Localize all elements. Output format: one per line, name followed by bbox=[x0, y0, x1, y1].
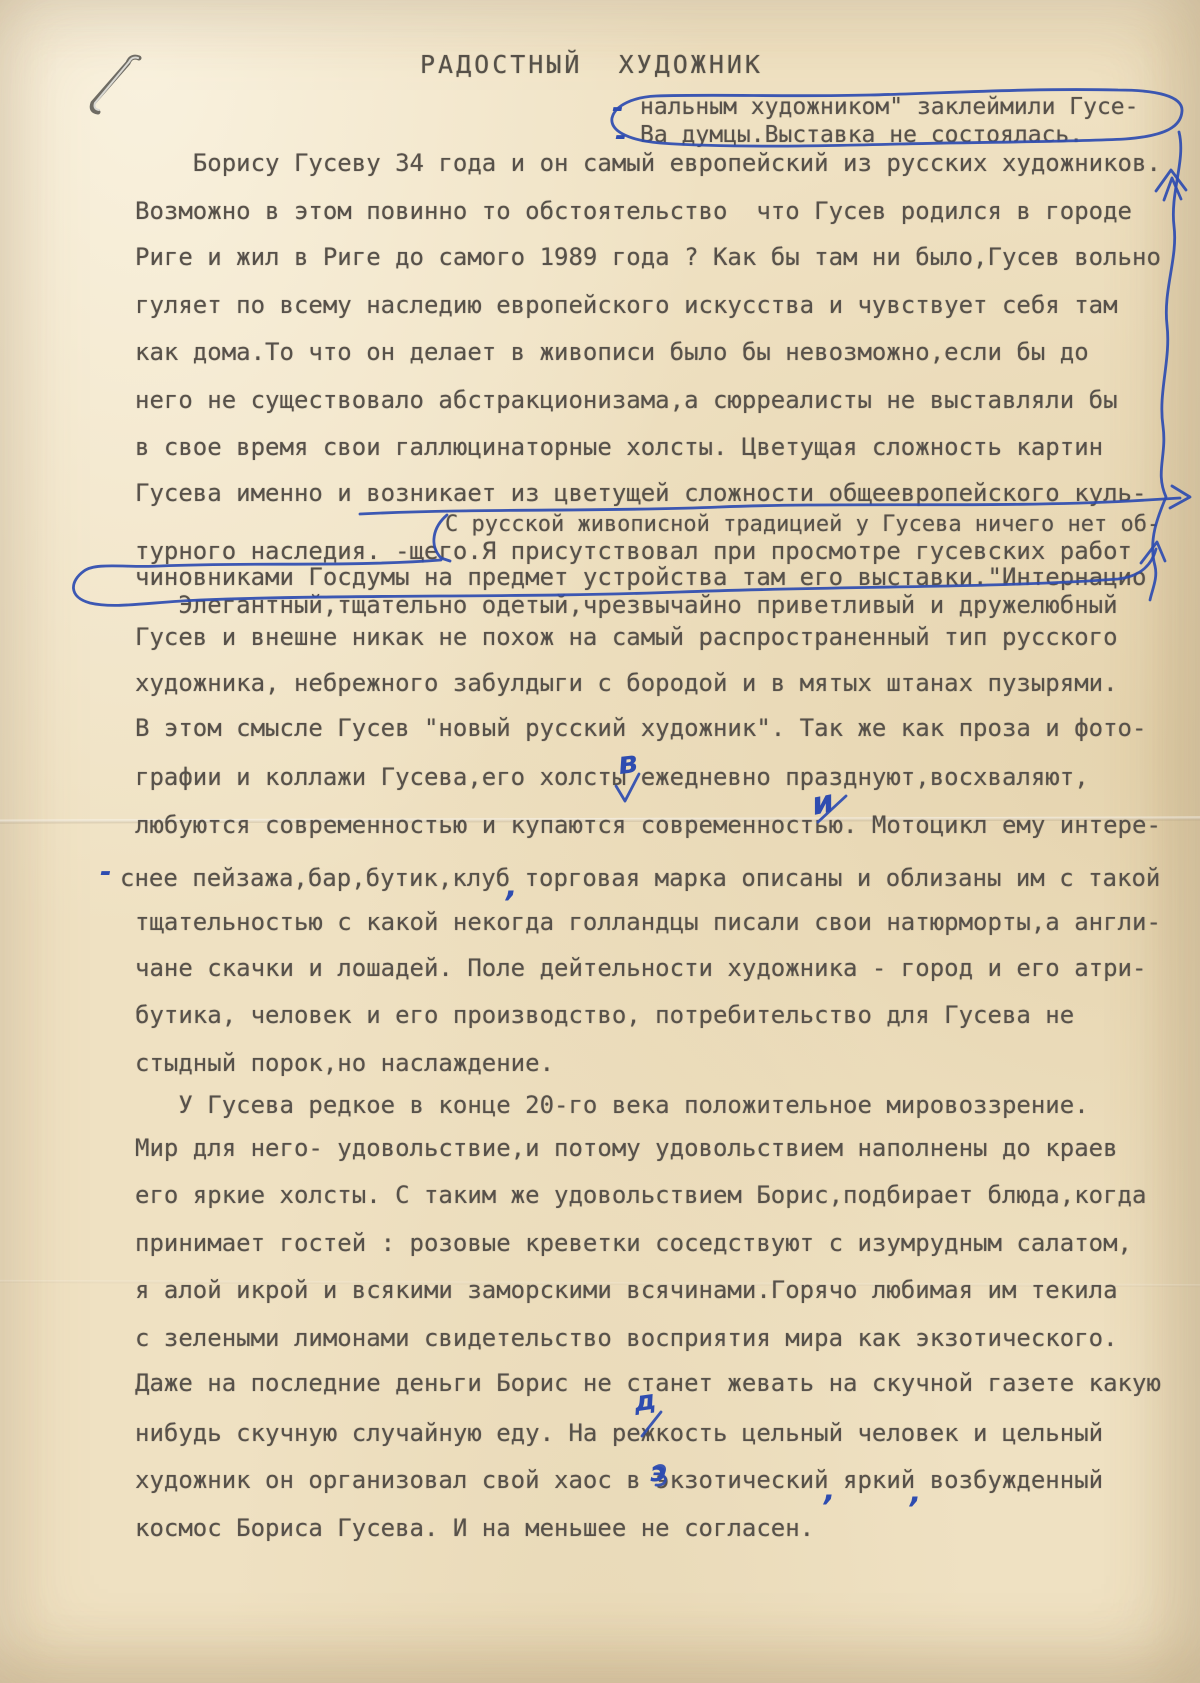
typed-line: как дома.То что он делает в живописи был… bbox=[135, 337, 1089, 367]
typed-line: чане скачки и лошадей. Поле дейтельности… bbox=[135, 953, 1146, 983]
typed-line: любуются современностью и купаются совре… bbox=[135, 810, 1161, 840]
typed-line: В этом смысле Гусев "новый русский худож… bbox=[135, 713, 1146, 743]
typed-line: него не существовало абстракционизама,а … bbox=[135, 385, 1118, 415]
typed-line: Даже на последние деньги Борис не станет… bbox=[135, 1368, 1161, 1398]
typed-line: принимает гостей : розовые креветки сосе… bbox=[135, 1228, 1132, 1258]
staple-icon bbox=[60, 40, 180, 150]
typed-line: Возможно в этом повинно то обстоятельств… bbox=[135, 196, 1132, 226]
typed-line: стыдный порок,но наслаждение. bbox=[135, 1048, 554, 1078]
typed-line: тщательностью с какой некогда голландцы … bbox=[135, 907, 1161, 937]
typed-line: космос Бориса Гусева. И на меньшее не со… bbox=[135, 1513, 814, 1543]
page-title: РАДОСТНЫЙ ХУДОЖНИК bbox=[420, 50, 763, 79]
typed-line: художник он организовал свой хаос в экзо… bbox=[135, 1465, 1103, 1495]
typed-line: Мир для него- удовольствие,и потому удов… bbox=[135, 1133, 1118, 1163]
typed-line: Элегантный,тщательно одетый,чрезвычайно … bbox=[135, 590, 1118, 620]
typed-line: гуляет по всему наследию европейского ис… bbox=[135, 290, 1118, 320]
insert-note-line: Ва думцы.Выставка не состоялась. bbox=[640, 120, 1083, 150]
typed-line: Гусева именно и возникает из цветущей сл… bbox=[135, 478, 1146, 508]
typed-line: бутика, человек и его производство, потр… bbox=[135, 1000, 1074, 1030]
pen-dash-mark: - bbox=[612, 94, 624, 122]
pen-arrowhead bbox=[1170, 486, 1190, 508]
pen-arrowhead bbox=[1141, 542, 1165, 563]
pen-dash-mark: - bbox=[100, 858, 112, 886]
typed-line: нибудь скучную случайную еду. На режкост… bbox=[135, 1418, 1103, 1448]
typed-line: снее пейзажа,бар,бутик,клуб торговая мар… bbox=[120, 863, 1160, 893]
typescript-page: РАДОСТНЫЙ ХУДОЖНИК нальным художником" з… bbox=[0, 0, 1200, 1683]
typed-line: с зелеными лимонами свидетельство воспри… bbox=[135, 1323, 1118, 1353]
typed-line: У Гусева редкое в конце 20-го века полож… bbox=[135, 1090, 1089, 1120]
pen-dash-mark: - bbox=[615, 122, 627, 150]
typed-line: в свое время свои галлюцинаторные холсты… bbox=[135, 432, 1103, 462]
typed-line: его яркие холсты. С таким же удовольстви… bbox=[135, 1180, 1146, 1210]
typed-line: Гусев и внешне никак не похож на самый р… bbox=[135, 622, 1118, 652]
typed-line: графии и коллажи Гусева,его холсты ежедн… bbox=[135, 762, 1089, 792]
typed-line: чиновниками Госдумы на предмет устройств… bbox=[135, 562, 1146, 592]
typed-line: Риге и жил в Риге до самого 1989 года ? … bbox=[135, 242, 1161, 272]
typed-line: Борису Гусеву 34 года и он самый европей… bbox=[135, 148, 1161, 178]
insert-note-line: нальным художником" заклеймили Гусе- bbox=[640, 92, 1139, 122]
pen-arrowhead bbox=[1164, 178, 1181, 200]
typed-line: я алой икрой и всякими заморскими всячин… bbox=[135, 1275, 1118, 1305]
typed-line: художника, небрежного забулдыги с бородо… bbox=[135, 668, 1118, 698]
